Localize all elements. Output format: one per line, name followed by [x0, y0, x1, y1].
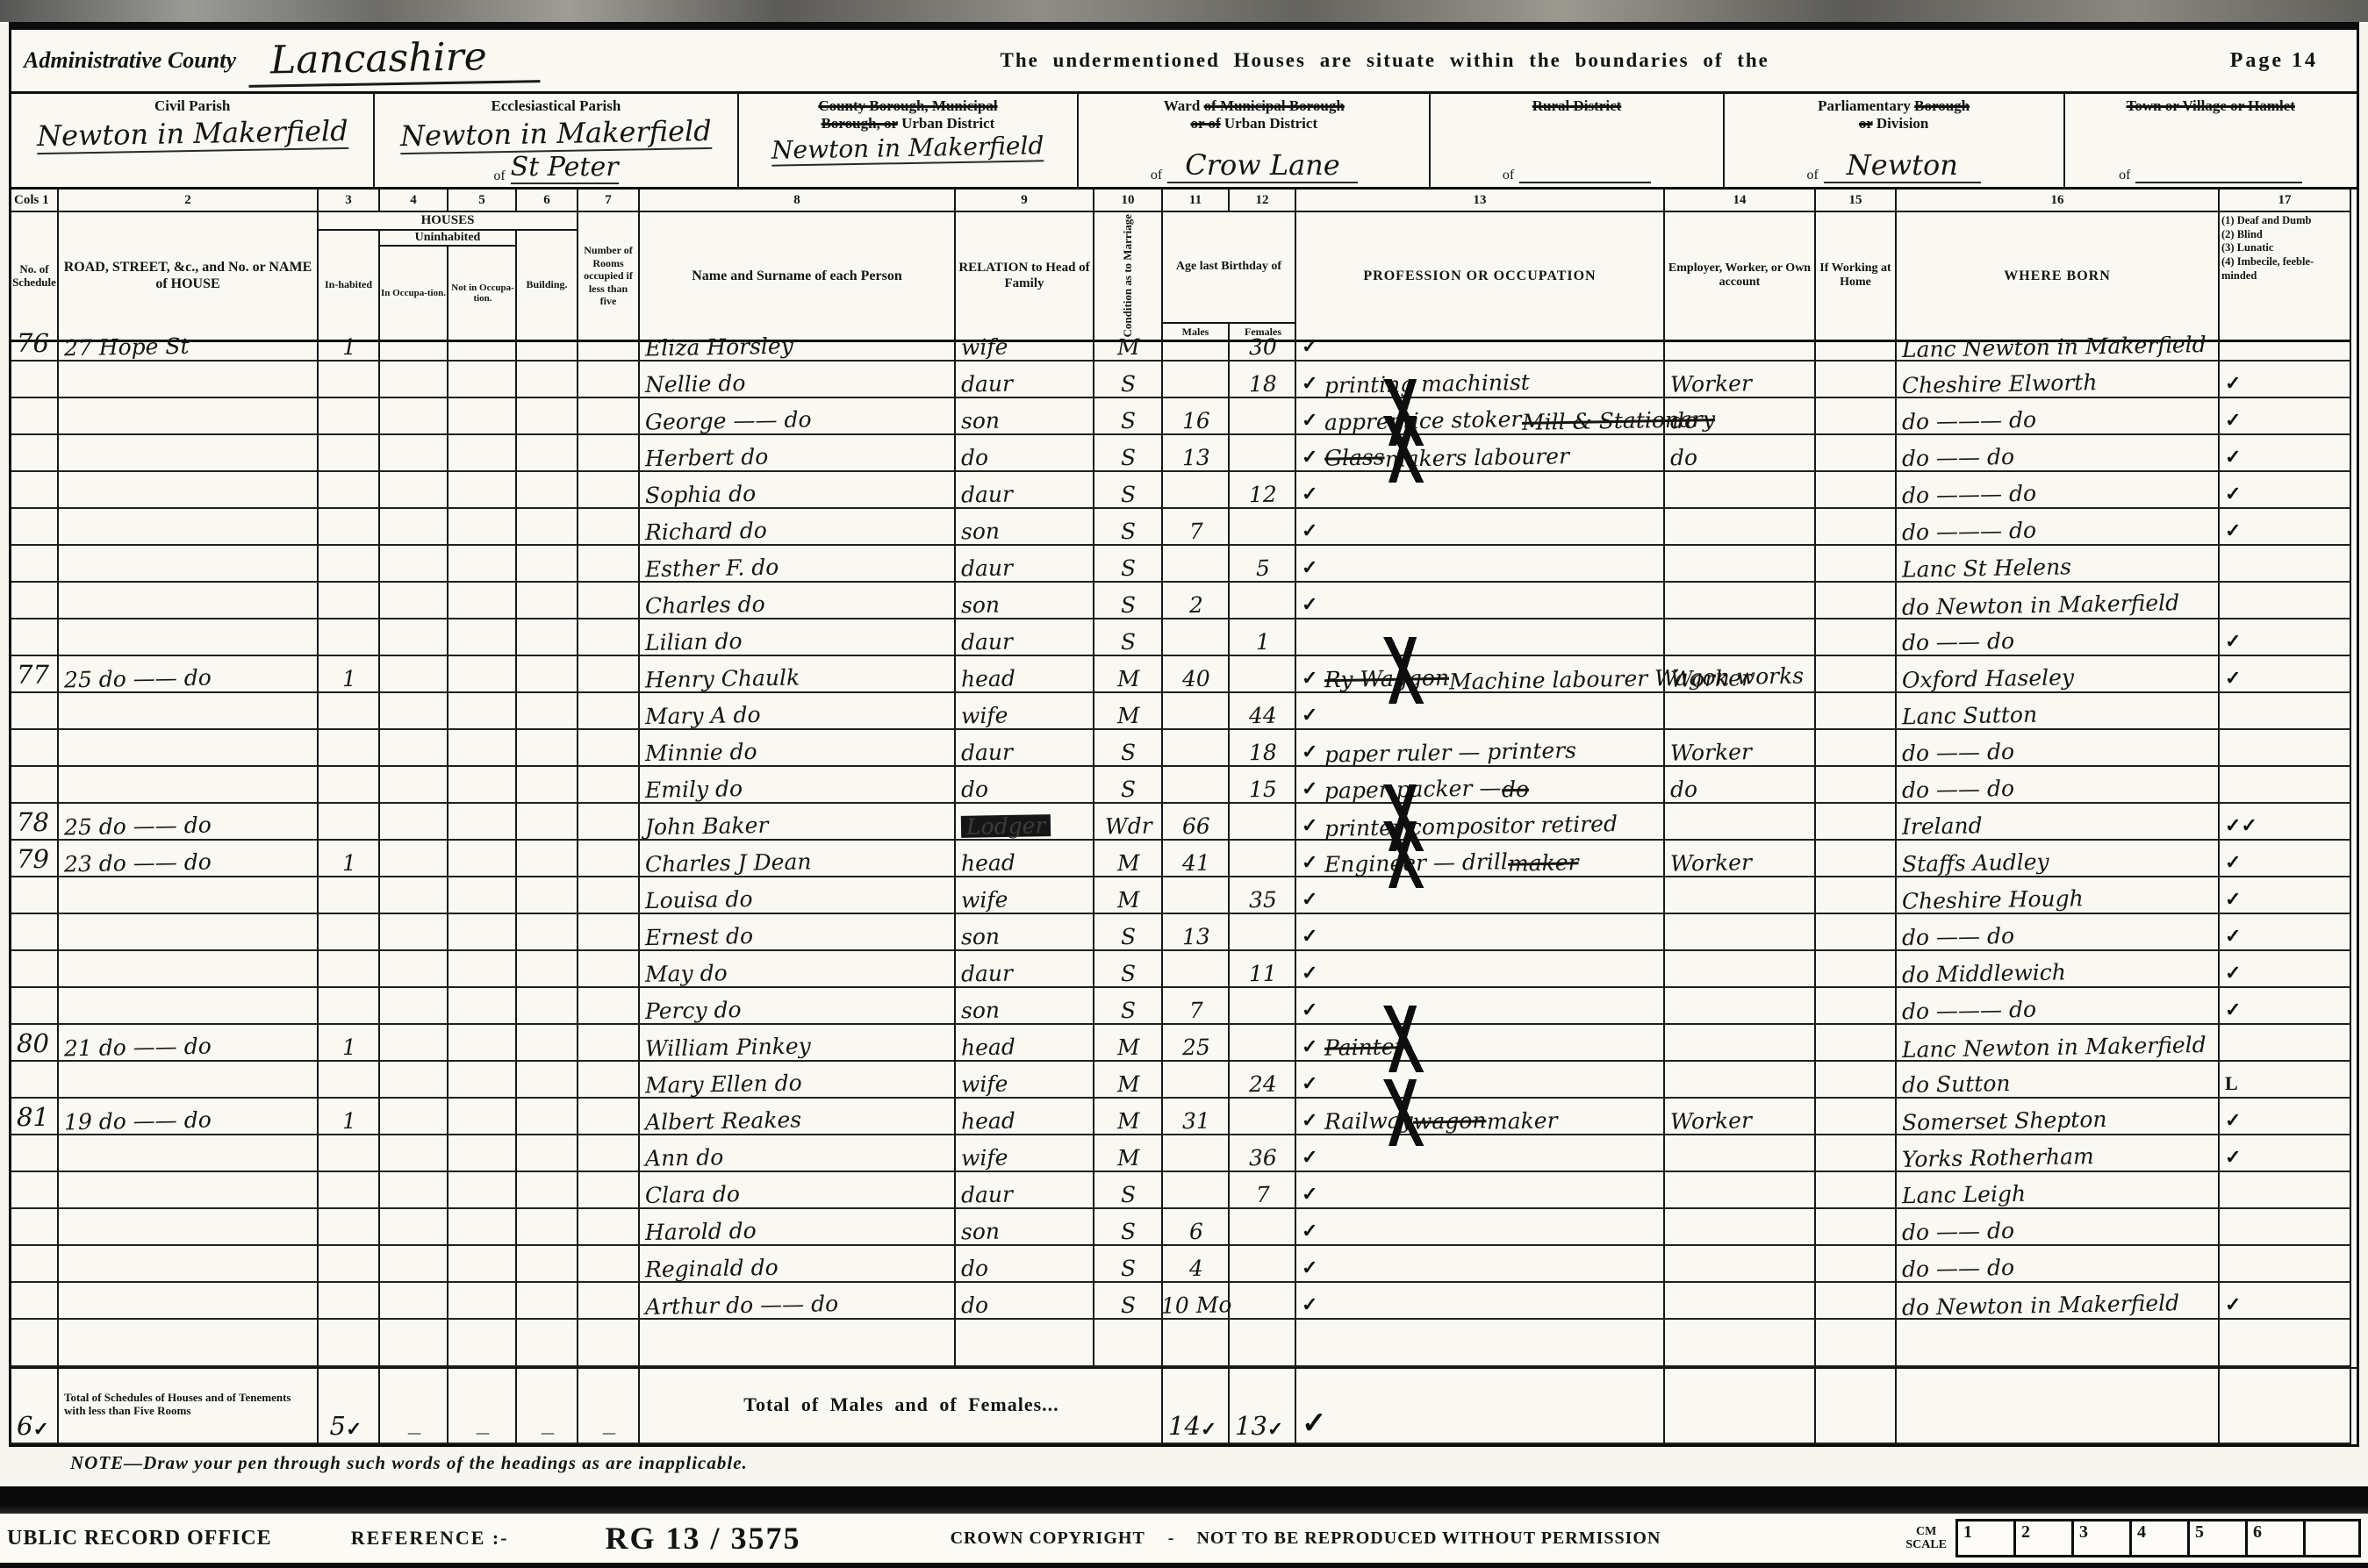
condition-value: S [1121, 1221, 1137, 1242]
person-name: Emily do [645, 777, 743, 801]
working-at-home-cell [1816, 877, 1897, 914]
table-row: 7923 do —— do1Charles J DeanheadM41✓Engi… [11, 841, 2357, 877]
age-females-cell [1230, 398, 1296, 435]
empty-cell [517, 1320, 578, 1367]
age-females-cell: 5 [1230, 546, 1296, 583]
condition-cell: M [1094, 1062, 1163, 1099]
employer-worker-cell [1665, 325, 1816, 362]
infirmity-cell [2220, 730, 2351, 767]
road-street-cell [59, 1246, 319, 1283]
rooms-cell [578, 1099, 640, 1135]
employer-worker-cell [1665, 1246, 1816, 1283]
inhabited-cell [319, 362, 380, 398]
age-females-cell [1230, 435, 1296, 472]
infirmity-cell: ✓ [2220, 988, 2351, 1025]
occupation-struck-text: maker [1508, 851, 1579, 874]
column-number: 6 [517, 190, 578, 212]
town-blank [2135, 164, 2302, 183]
not-in-occupation-cell [448, 1099, 517, 1135]
tick-mark: ✓ [1302, 667, 1317, 690]
age-males-cell [1163, 767, 1230, 804]
occupation-cell: ✓ [1296, 1209, 1665, 1246]
schedule-number: 80 [17, 1028, 49, 1058]
schedule-number-cell [11, 398, 59, 435]
boundaries-title: The undermentioned Houses are situate wi… [540, 49, 2230, 72]
building-cell [517, 877, 578, 914]
building-cell [517, 1099, 578, 1135]
rooms-cell [578, 1246, 640, 1283]
in-occupation-cell [380, 656, 448, 693]
condition-value: M [1117, 1110, 1140, 1132]
where-born-cell: Somerset Shepton [1897, 1099, 2220, 1135]
empty-cell [578, 1320, 640, 1367]
schedule-number-cell: 78 [11, 804, 59, 841]
working-at-home-cell [1816, 362, 1897, 398]
where-born-value: Staffs Audley [1902, 851, 2049, 876]
relation-cell: wife [956, 1062, 1094, 1099]
total-males: 14 ✓ [1163, 1369, 1230, 1444]
in-occupation-cell [380, 1172, 448, 1209]
empty-cell [380, 1320, 448, 1367]
infirmity-cell: ✓ [2220, 1099, 2351, 1135]
age-males-cell [1163, 472, 1230, 509]
working-at-home-cell [1816, 619, 1897, 656]
form-header-row-1: Administrative County Lancashire The und… [11, 30, 2357, 91]
table-row: 7627 Hope St1Eliza HorsleywifeM30✓Lanc N… [11, 325, 2357, 362]
age-males-value: 10 Mo [1161, 1293, 1232, 1316]
where-born-value: Lanc Sutton [1902, 704, 2037, 728]
infirmity-cell: ✓ [2220, 656, 2351, 693]
infirmity-mark: ✓ [2225, 888, 2241, 911]
relation-value: wife [961, 705, 1008, 727]
infirmity-cell: ✓ [2220, 1135, 2351, 1172]
inhabited-value: 1 [342, 1110, 356, 1132]
where-born-value: Yorks Rotherham [1902, 1145, 2094, 1171]
rooms-cell [578, 546, 640, 583]
employer-worker-value: Worker [1670, 741, 1752, 764]
person-name: Minnie do [645, 741, 757, 764]
relation-cell: son [956, 988, 1094, 1025]
building-cell [517, 988, 578, 1025]
inhabited-cell [319, 1135, 380, 1172]
tick-mark: ✓ [1302, 741, 1317, 763]
column-number: 11 [1163, 190, 1230, 212]
working-at-home-cell [1816, 1172, 1897, 1209]
condition-cell: M [1094, 693, 1163, 730]
employer-worker-cell [1665, 1025, 1816, 1062]
age-females-cell: 44 [1230, 693, 1296, 730]
age-females-value: 12 [1249, 483, 1277, 506]
working-at-home-cell [1816, 472, 1897, 509]
condition-value: S [1121, 594, 1137, 616]
condition-value: S [1121, 1184, 1137, 1206]
inhabited-cell: 1 [319, 841, 380, 877]
rooms-cell [578, 1025, 640, 1062]
parliamentary-label-struck-1: Borough [1914, 97, 1970, 114]
road-street-cell [59, 509, 319, 546]
scale-mark-4: 4 [2129, 1519, 2187, 1557]
age-males-cell: 4 [1163, 1246, 1230, 1283]
relation-cell: wife [956, 325, 1094, 362]
table-row: Mary Ellen dowifeM24✓do SuttonL [11, 1062, 2357, 1099]
schedule-number-cell [11, 1062, 59, 1099]
road-street-value: 27 Hope St [64, 335, 190, 359]
condition-value: S [1121, 557, 1137, 579]
not-in-occupation-cell [448, 583, 517, 619]
schedule-number-cell [11, 1135, 59, 1172]
person-name-cell: Herbert do [640, 435, 956, 472]
condition-value: S [1121, 631, 1137, 653]
age-males-cell [1163, 951, 1230, 988]
inhabited-cell: 1 [319, 325, 380, 362]
condition-value: S [1121, 373, 1137, 395]
parliamentary-box: Parliamentary Borough or Division of New… [1723, 94, 2063, 187]
in-occupation-cell [380, 1283, 448, 1320]
rooms-cell [578, 841, 640, 877]
empty-cell [448, 1320, 517, 1367]
infirmity-mark: ✓ [2225, 372, 2241, 395]
not-in-occupation-cell [448, 1172, 517, 1209]
form-header-row-2: Civil Parish Newton in Makerfield Eccles… [11, 91, 2357, 187]
total-schedules-label: Total of Schedules of Houses and of Tene… [59, 1369, 319, 1444]
relation-value: head [961, 1110, 1015, 1133]
tick-mark: ✓ [1302, 704, 1317, 727]
age-females-cell: 35 [1230, 877, 1296, 914]
where-born-value: do Sutton [1902, 1072, 2011, 1096]
where-born-cell: do Newton in Makerfield [1897, 1283, 2220, 1320]
table-row: Percy dosonS7✓do ——— do✓ [11, 988, 2357, 1025]
infirmity-line: (1) Deaf and Dumb [2221, 214, 2311, 228]
relation-value: son [961, 410, 1000, 433]
urban-district-box: County Borough, Municipal Borough, or Ur… [737, 94, 1078, 187]
parliamentary-label-struck-2: or [1859, 115, 1873, 132]
header-schedule: No. of Schedule [11, 212, 59, 341]
relation-value: daur [961, 963, 1013, 985]
where-born-value: do ——— do [1902, 409, 2036, 433]
header-condition-text: Condition as to Marriage [1121, 214, 1135, 337]
ward-label-struck-1: of Municipal Borough [1204, 97, 1345, 114]
occupation-cell: ✓ [1296, 1135, 1665, 1172]
inhabited-cell [319, 730, 380, 767]
schedule-number: 78 [17, 807, 49, 837]
rooms-cell [578, 583, 640, 619]
infirmity-cell [2220, 325, 2351, 362]
age-females-value: 5 [1256, 557, 1270, 579]
building-cell [517, 1025, 578, 1062]
road-street-value: 21 do —— do [64, 1035, 212, 1060]
age-males-cell [1163, 730, 1230, 767]
relation-cell: head [956, 841, 1094, 877]
relation-value: son [961, 999, 1000, 1022]
age-females-value: 30 [1249, 336, 1277, 359]
employer-worker-cell [1665, 693, 1816, 730]
where-born-value: do ——— do [1902, 999, 2036, 1023]
in-occupation-cell [380, 730, 448, 767]
in-occupation-cell [380, 1099, 448, 1135]
person-name-cell: Mary A do [640, 693, 956, 730]
age-males-value: 4 [1189, 1257, 1203, 1279]
occupation-cell: ✓ [1296, 914, 1665, 951]
road-street-cell [59, 877, 319, 914]
where-born-value: Somerset Shepton [1902, 1108, 2107, 1134]
person-name: Reginald do [645, 1257, 779, 1281]
age-males-value: 7 [1189, 520, 1203, 542]
header-uninhabited: Uninhabited [380, 231, 515, 247]
condition-cell: S [1094, 509, 1163, 546]
scale-label: SCALE [1905, 1538, 1947, 1551]
of-label: of [1806, 168, 1818, 183]
condition-cell: S [1094, 1246, 1163, 1283]
age-males-cell [1163, 325, 1230, 362]
tick-mark: ✓ [1302, 335, 1317, 358]
not-in-occupation-cell [448, 693, 517, 730]
infirmity-cell [2220, 1209, 2351, 1246]
column-number: 2 [59, 190, 319, 212]
person-name: Nellie do [645, 372, 746, 396]
employer-worker-cell: do [1665, 767, 1816, 804]
ward-label-plain-2: Urban District [1224, 115, 1317, 132]
person-name: Louisa do [645, 888, 753, 912]
person-name: Clara do [645, 1183, 740, 1206]
empty-cell [1665, 1320, 1816, 1367]
tick-mark: ✓ [1302, 1072, 1317, 1095]
where-born-value: Ireland [1902, 814, 1983, 838]
where-born-value: do —— do [1902, 925, 2014, 949]
age-females-cell: 18 [1230, 362, 1296, 398]
infirmity-mark: ✓ [2225, 851, 2241, 874]
employer-worker-cell [1665, 546, 1816, 583]
inhabited-value: 1 [342, 668, 356, 690]
occupation-cell: ✓Ry Waggon Machine labourer Wagon works [1296, 656, 1665, 693]
road-street-cell: 21 do —— do [59, 1025, 319, 1062]
working-at-home-cell [1816, 1283, 1897, 1320]
relation-value: wife [961, 1147, 1008, 1170]
tick-mark: ✓ [1302, 1220, 1317, 1242]
rooms-cell [578, 472, 640, 509]
employer-worker-cell [1665, 988, 1816, 1025]
road-street-cell [59, 398, 319, 435]
empty-cell [1665, 1369, 1816, 1444]
road-street-cell [59, 730, 319, 767]
inhabited-cell [319, 988, 380, 1025]
town-of-line: of [2119, 164, 2302, 183]
where-born-value: Oxford Haseley [1902, 666, 2074, 691]
age-females-cell [1230, 656, 1296, 693]
relation-cell: daur [956, 1172, 1094, 1209]
parliamentary-label-plain-2: Division [1876, 115, 1929, 132]
employer-worker-cell [1665, 1283, 1816, 1320]
infirmity-cell: ✓ [2220, 362, 2351, 398]
road-street-value: 25 do —— do [64, 814, 212, 839]
infirmity-cell: ✓ [2220, 1283, 2351, 1320]
relation-value: do [961, 1257, 988, 1280]
urban-district-label: County Borough, Municipal Borough, or Ur… [818, 97, 997, 132]
employer-worker-cell [1665, 951, 1816, 988]
infirmity-cell [2220, 693, 2351, 730]
not-in-occupation-cell [448, 1135, 517, 1172]
column-number: 7 [578, 190, 640, 212]
condition-cell: M [1094, 841, 1163, 877]
relation-value: son [961, 594, 1000, 617]
relation-value: daur [961, 1184, 1013, 1206]
inhabited-cell [319, 1283, 380, 1320]
tick-mark: ✓ [1302, 888, 1317, 911]
relation-value: do [961, 1294, 988, 1317]
where-born-value: do —— do [1902, 1257, 2014, 1280]
tick-mark: ✓ [1302, 372, 1317, 395]
employer-worker-cell [1665, 583, 1816, 619]
not-in-occupation-cell [448, 546, 517, 583]
infirmity-cell: ✓ [2220, 398, 2351, 435]
condition-value: S [1121, 1257, 1137, 1279]
condition-cell: S [1094, 1209, 1163, 1246]
where-born-cell: Lanc St Helens [1897, 546, 2220, 583]
where-born-cell: Staffs Audley [1897, 841, 2220, 877]
in-occupation-cell [380, 619, 448, 656]
in-occupation-cell [380, 325, 448, 362]
not-in-occupation-cell [448, 325, 517, 362]
ward-of-line: of Crow Lane [1151, 148, 1358, 183]
inhabited-cell [319, 435, 380, 472]
building-cell [517, 730, 578, 767]
infirmity-line: (3) Lunatic [2221, 241, 2273, 255]
occupation-value: apprentice stoker [1324, 408, 1522, 433]
schedule-number-cell [11, 546, 59, 583]
header-profession: PROFESSION OR OCCUPATION [1296, 212, 1665, 341]
schedule-number-cell [11, 1246, 59, 1283]
road-street-cell [59, 546, 319, 583]
where-born-cell: Lanc Newton in Makerfield [1897, 325, 2220, 362]
person-name: Arthur do —— do [645, 1292, 839, 1318]
header-infirmities: (1) Deaf and Dumb (2) Blind (3) Lunatic … [2220, 212, 2351, 341]
not-in-occupation-cell [448, 877, 517, 914]
not-in-occupation-cell [448, 988, 517, 1025]
not-in-occupation-cell [448, 656, 517, 693]
relation-value: head [961, 668, 1015, 691]
road-street-cell [59, 472, 319, 509]
condition-value: S [1121, 447, 1137, 469]
column-number: 4 [380, 190, 448, 212]
schedule-number-cell: 79 [11, 841, 59, 877]
condition-value: S [1121, 999, 1137, 1021]
person-name: Lilian do [645, 630, 743, 654]
inhabited-cell [319, 767, 380, 804]
reference-number: RG 13 / 3575 [606, 1520, 801, 1557]
not-in-occupation-cell [448, 767, 517, 804]
where-born-cell: do ——— do [1897, 988, 2220, 1025]
table-row: 8021 do —— do1William PinkeyheadM25✓Pain… [11, 1025, 2357, 1062]
age-females-value: 7 [1256, 1184, 1270, 1206]
tick-mark: ✓ [1302, 962, 1317, 984]
schedule-number-cell [11, 435, 59, 472]
tick-mark: ✓ [1302, 814, 1317, 837]
empty-cell [2220, 1369, 2351, 1444]
age-females-cell: 12 [1230, 472, 1296, 509]
scale-mark-2: 2 [2013, 1519, 2071, 1557]
urban-district-label-plain: Urban District [901, 115, 994, 132]
empty-cell [319, 1320, 380, 1367]
occupation-cell: ✓ [1296, 693, 1665, 730]
person-name: Richard do [645, 519, 767, 543]
where-born-value: Lanc Newton in Makerfield [1902, 1034, 2207, 1061]
age-males-cell: 16 [1163, 398, 1230, 435]
rooms-cell [578, 325, 640, 362]
person-name-cell: Percy do [640, 988, 956, 1025]
total-dash: — [578, 1369, 640, 1444]
town-village-hamlet-label: Town or Village or Hamlet [2127, 97, 2295, 115]
relation-cell: wife [956, 877, 1094, 914]
person-name: Charles J Dean [645, 850, 812, 875]
in-occupation-cell [380, 1135, 448, 1172]
table-row: Sophia dodaurS12✓do ——— do✓ [11, 472, 2357, 509]
in-occupation-cell [380, 693, 448, 730]
table-row: Mary A dowifeM44✓Lanc Sutton [11, 693, 2357, 730]
ecclesiastical-parish-box: Ecclesiastical Parish Newton in Makerfie… [373, 94, 736, 187]
relation-cell: son [956, 398, 1094, 435]
relation-cell: head [956, 1025, 1094, 1062]
urban-district-label-struck-1: County Borough, Municipal [818, 97, 997, 114]
empty-cell [956, 1320, 1094, 1367]
not-in-occupation-cell [448, 730, 517, 767]
header-building: Building. [517, 231, 577, 339]
schedule-number-cell [11, 693, 59, 730]
page-number: Page 14 [2230, 49, 2344, 73]
where-born-value: do Newton in Makerfield [1902, 591, 2180, 619]
header-inhabited: In-habited [319, 231, 380, 339]
not-in-occupation-cell [448, 914, 517, 951]
relation-cell: do [956, 1246, 1094, 1283]
inhabited-value: 1 [342, 1036, 356, 1058]
age-females-cell [1230, 841, 1296, 877]
houses-subheaders: In-habited Uninhabited In Occupa-tion. N… [319, 231, 577, 339]
building-cell [517, 362, 578, 398]
condition-cell: M [1094, 325, 1163, 362]
empty-cell [1094, 1320, 1163, 1367]
where-born-value: Cheshire Hough [1902, 887, 2084, 913]
person-name-cell: Clara do [640, 1172, 956, 1209]
condition-value: S [1121, 741, 1137, 763]
person-name-cell: Henry Chaulk [640, 656, 956, 693]
age-males-value: 13 [1182, 926, 1210, 949]
table-row: George —— dosonS16✓apprentice stoker Mil… [11, 398, 2357, 435]
header-houses: HOUSES [319, 212, 577, 231]
scale-mark-empty [2303, 1519, 2361, 1557]
occupation-cell: ✓ [1296, 325, 1665, 362]
condition-value: M [1117, 336, 1140, 358]
working-at-home-cell [1816, 509, 1897, 546]
age-males-cell [1163, 877, 1230, 914]
not-in-occupation-cell [448, 1062, 517, 1099]
condition-cell: Wdr [1094, 804, 1163, 841]
total-males-females-label: Total of Males and of Females... [640, 1369, 1163, 1444]
occupation-cell: ✓ [1296, 1062, 1665, 1099]
employer-worker-value: Worker [1670, 667, 1752, 691]
inhabited-cell [319, 914, 380, 951]
table-row: Emily dodoS15✓paper packer — dododo —— d… [11, 767, 2357, 804]
schedule-number-cell [11, 914, 59, 951]
working-at-home-cell [1816, 1135, 1897, 1172]
employer-worker-cell: Worker [1665, 656, 1816, 693]
inhabited-cell: 1 [319, 656, 380, 693]
column-number: 14 [1665, 190, 1816, 212]
infirmity-mark: ✓✓ [2225, 814, 2257, 837]
infirmity-mark: ✓ [2225, 1146, 2241, 1169]
in-occupation-cell [380, 1209, 448, 1246]
occupation-cell: ✓printer compositor retired [1296, 804, 1665, 841]
column-headers-row: No. of Schedule ROAD, STREET, &c., and N… [11, 212, 2357, 325]
where-born-cell: Oxford Haseley [1897, 656, 2220, 693]
where-born-cell: Yorks Rotherham [1897, 1135, 2220, 1172]
